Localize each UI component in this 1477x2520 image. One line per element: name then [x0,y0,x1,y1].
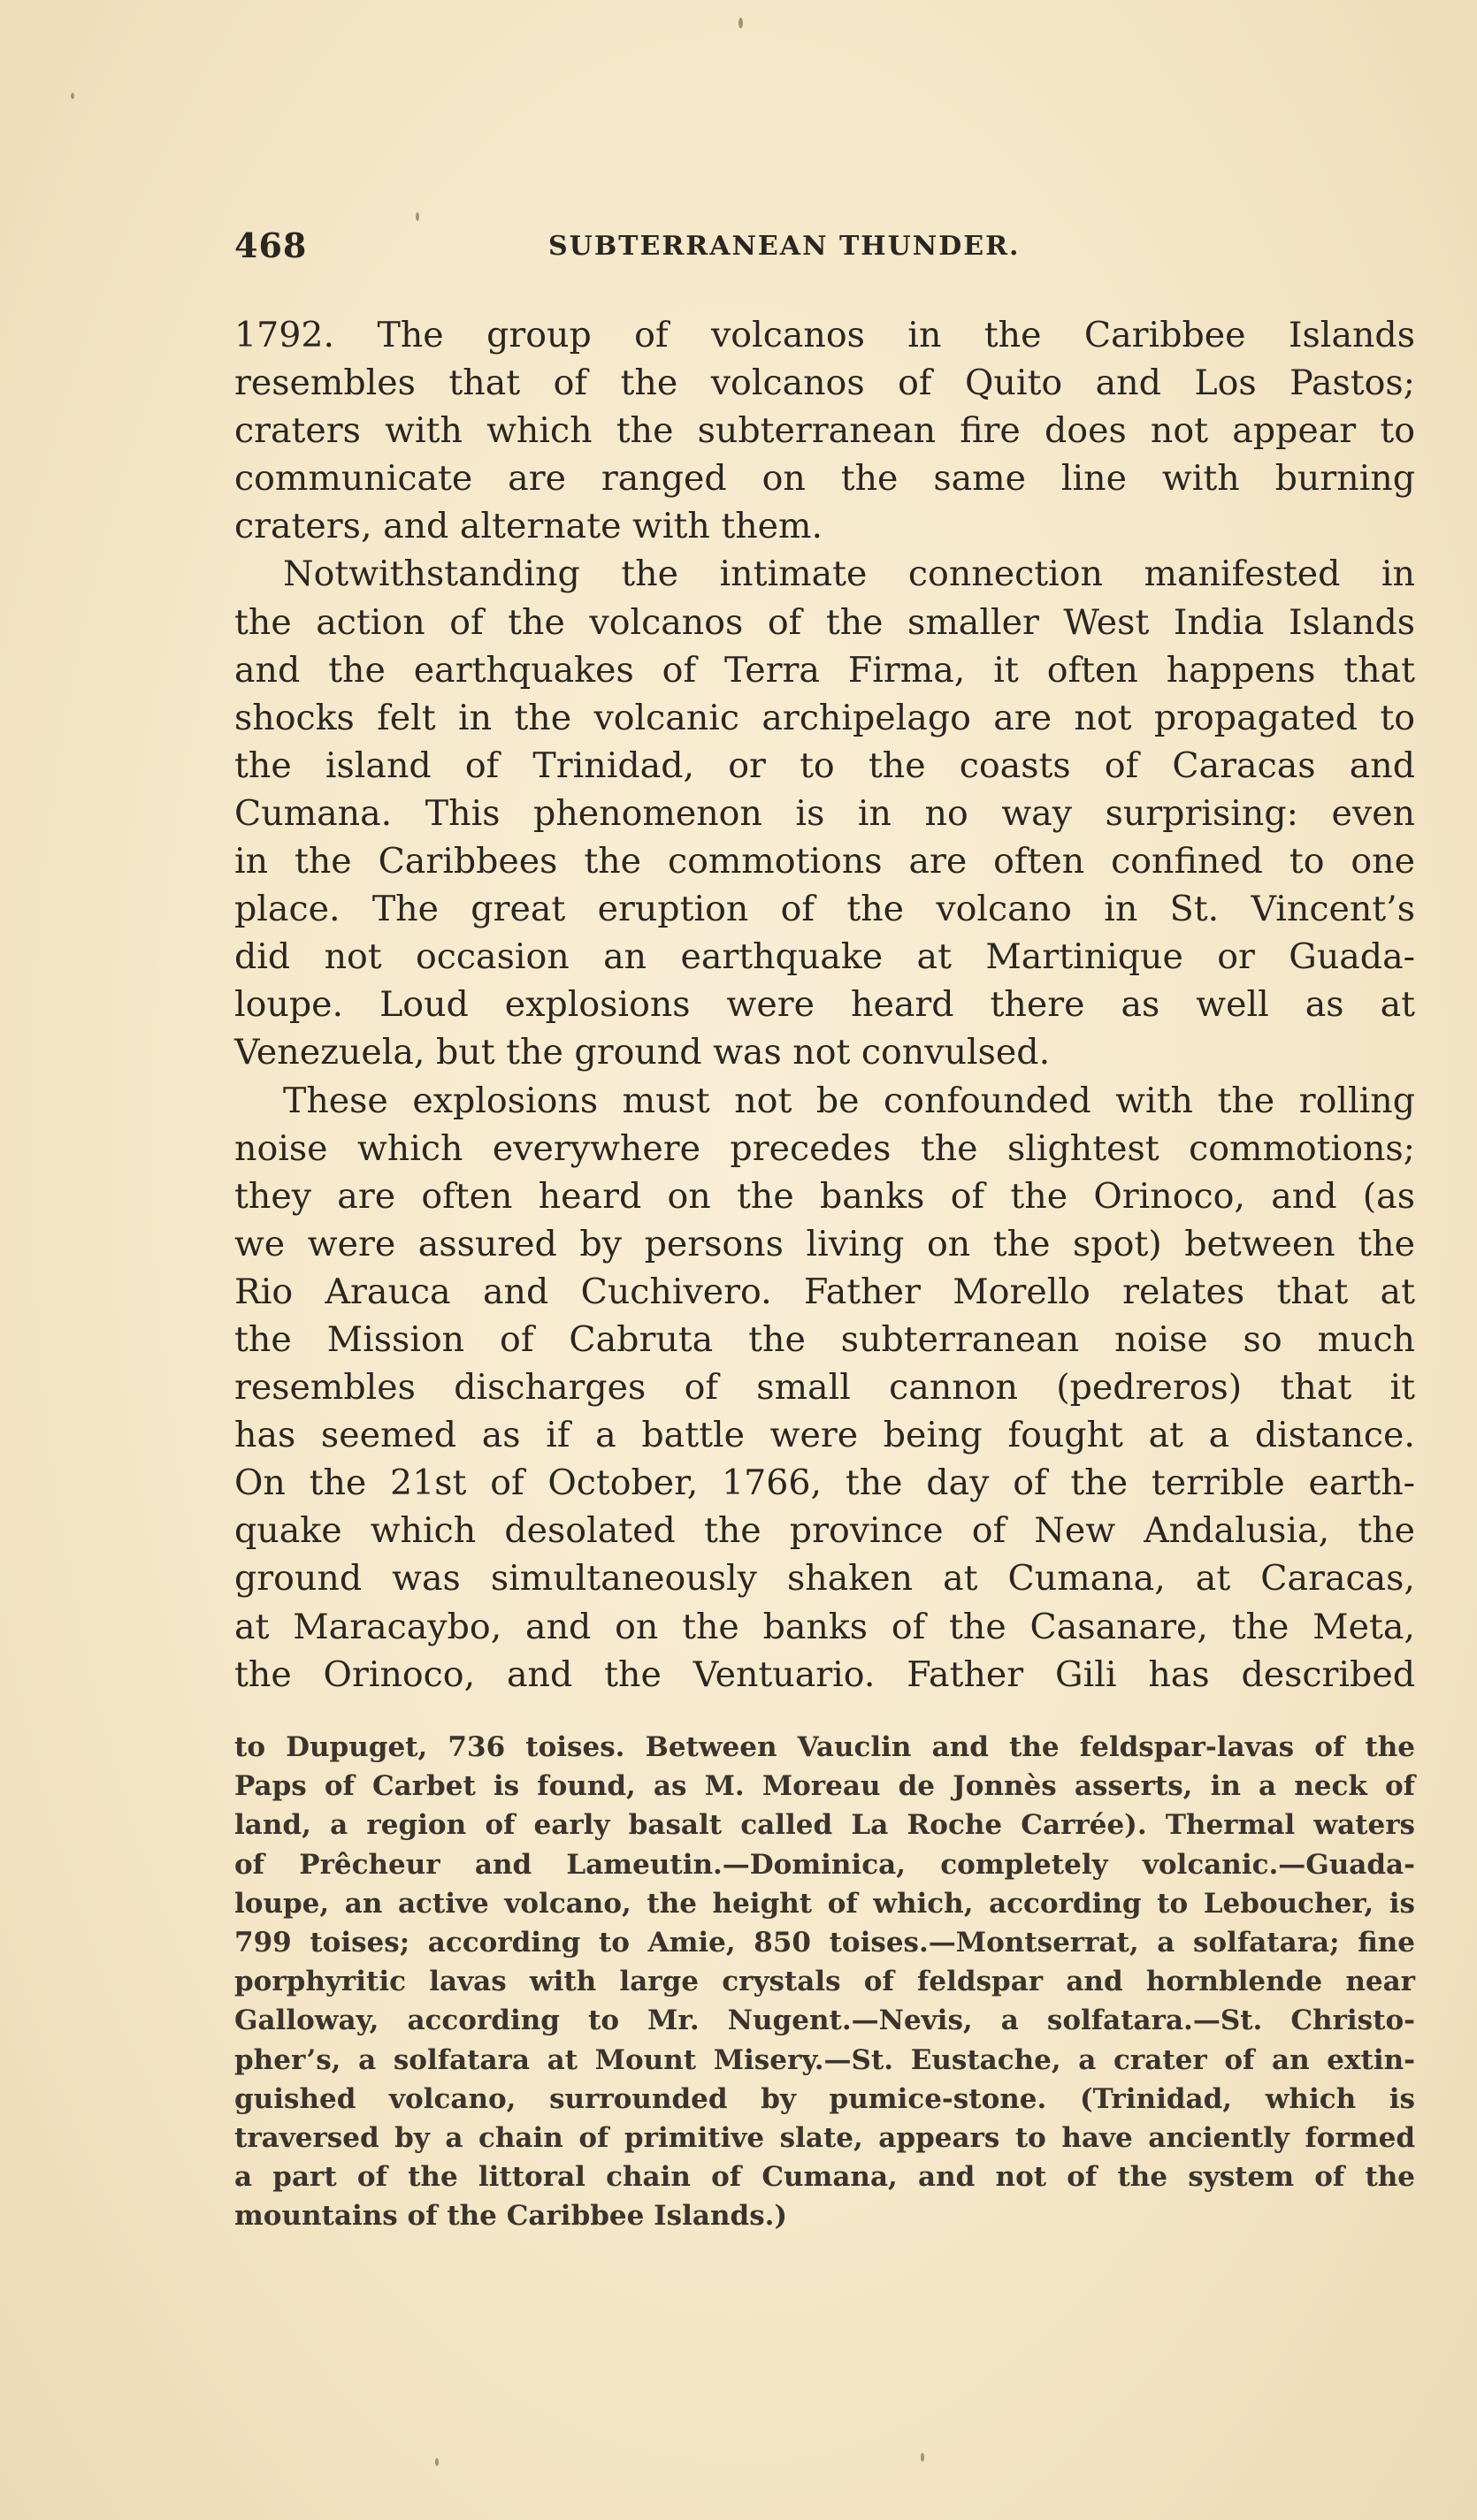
body-line: ground was simultaneously shaken at Cuma… [234,1554,1415,1602]
body-line: Notwithstanding the intimate connection … [234,550,1415,598]
body-line: These explosions must not be confounded … [234,1077,1415,1125]
body-line: the Mission of Cabruta the subterranean … [234,1316,1415,1363]
body-line: and the earthquakes of Terra Firma, it o… [234,646,1415,694]
body-line: quake which desolated the province of Ne… [234,1507,1415,1554]
body-text: 1792. The group of volcanos in the Carib… [234,311,1415,1699]
body-line: place. The great eruption of the volcano… [234,885,1415,933]
footnote-line: 799 toises; according to Amie, 850 toise… [234,1923,1415,1962]
body-line: resembles discharges of small cannon (pe… [234,1363,1415,1411]
body-line: the action of the volcanos of the smalle… [234,599,1415,646]
footnote-line: porphyritic lavas with large crystals of… [234,1962,1415,2001]
footnote: to Dupuget, 736 toises. Between Vauclin … [234,1728,1415,2235]
running-head: 468 SUBTERRANEAN THUNDER. [234,225,1415,270]
body-line: On the 21st of October, 1766, the day of… [234,1459,1415,1507]
paper-speck [738,18,743,28]
body-line: has seemed as if a battle were being fou… [234,1411,1415,1459]
body-line: Cumana. This phenomenon is in no way sur… [234,790,1415,837]
body-line: craters, and alternate with them. [234,502,1415,550]
body-line: they are often heard on the banks of the… [234,1172,1415,1220]
body-line: craters with which the subterranean fire… [234,407,1415,454]
paper-speck [71,93,74,99]
footnote-line: Galloway, according to Mr. Nugent.—Nevis… [234,2001,1415,2040]
body-line: we were assured by persons living on the… [234,1220,1415,1268]
footnote-line: mountains of the Caribbee Islands.) [234,2196,1415,2235]
footnote-line: a part of the littoral chain of Cumana, … [234,2157,1415,2196]
footnote-line: pher’s, a solfatara at Mount Misery.—St.… [234,2041,1415,2080]
body-line: at Maracaybo, and on the banks of the Ca… [234,1603,1415,1651]
page-number: 468 [234,225,307,265]
body-line: Venezuela, but the ground was not convul… [234,1028,1415,1076]
paper-speck [921,2453,924,2462]
body-line: resembles that of the volcanos of Quito … [234,359,1415,407]
footnote-line: guished volcano, surrounded by pumice-st… [234,2080,1415,2119]
paper-speck [435,2458,439,2466]
footnote-line: traversed by a chain of primitive slate,… [234,2119,1415,2157]
body-line: loupe. Loud explosions were heard there … [234,981,1415,1028]
running-title: SUBTERRANEAN THUNDER. [548,231,1020,262]
body-line: noise which everywhere precedes the slig… [234,1125,1415,1172]
footnote-line: Paps of Carbet is found, as M. Moreau de… [234,1767,1415,1806]
body-line: the island of Trinidad, or to the coasts… [234,742,1415,790]
paper-speck [416,212,419,221]
body-line: shocks felt in the volcanic archipelago … [234,694,1415,742]
body-line: did not occasion an earthquake at Martin… [234,933,1415,981]
body-line: in the Caribbees the commotions are ofte… [234,837,1415,885]
body-line: the Orinoco, and the Ventuario. Father G… [234,1651,1415,1699]
body-line: Rio Arauca and Cuchivero. Father Morello… [234,1268,1415,1316]
footnote-line: loupe, an active volcano, the height of … [234,1884,1415,1923]
footnote-line: to Dupuget, 736 toises. Between Vauclin … [234,1728,1415,1767]
footnote-line: land, a region of early basalt called La… [234,1806,1415,1844]
footnote-line: of Prêcheur and Lameutin.—Dominica, comp… [234,1845,1415,1884]
body-line: communicate are ranged on the same line … [234,454,1415,502]
body-line: 1792. The group of volcanos in the Carib… [234,311,1415,359]
